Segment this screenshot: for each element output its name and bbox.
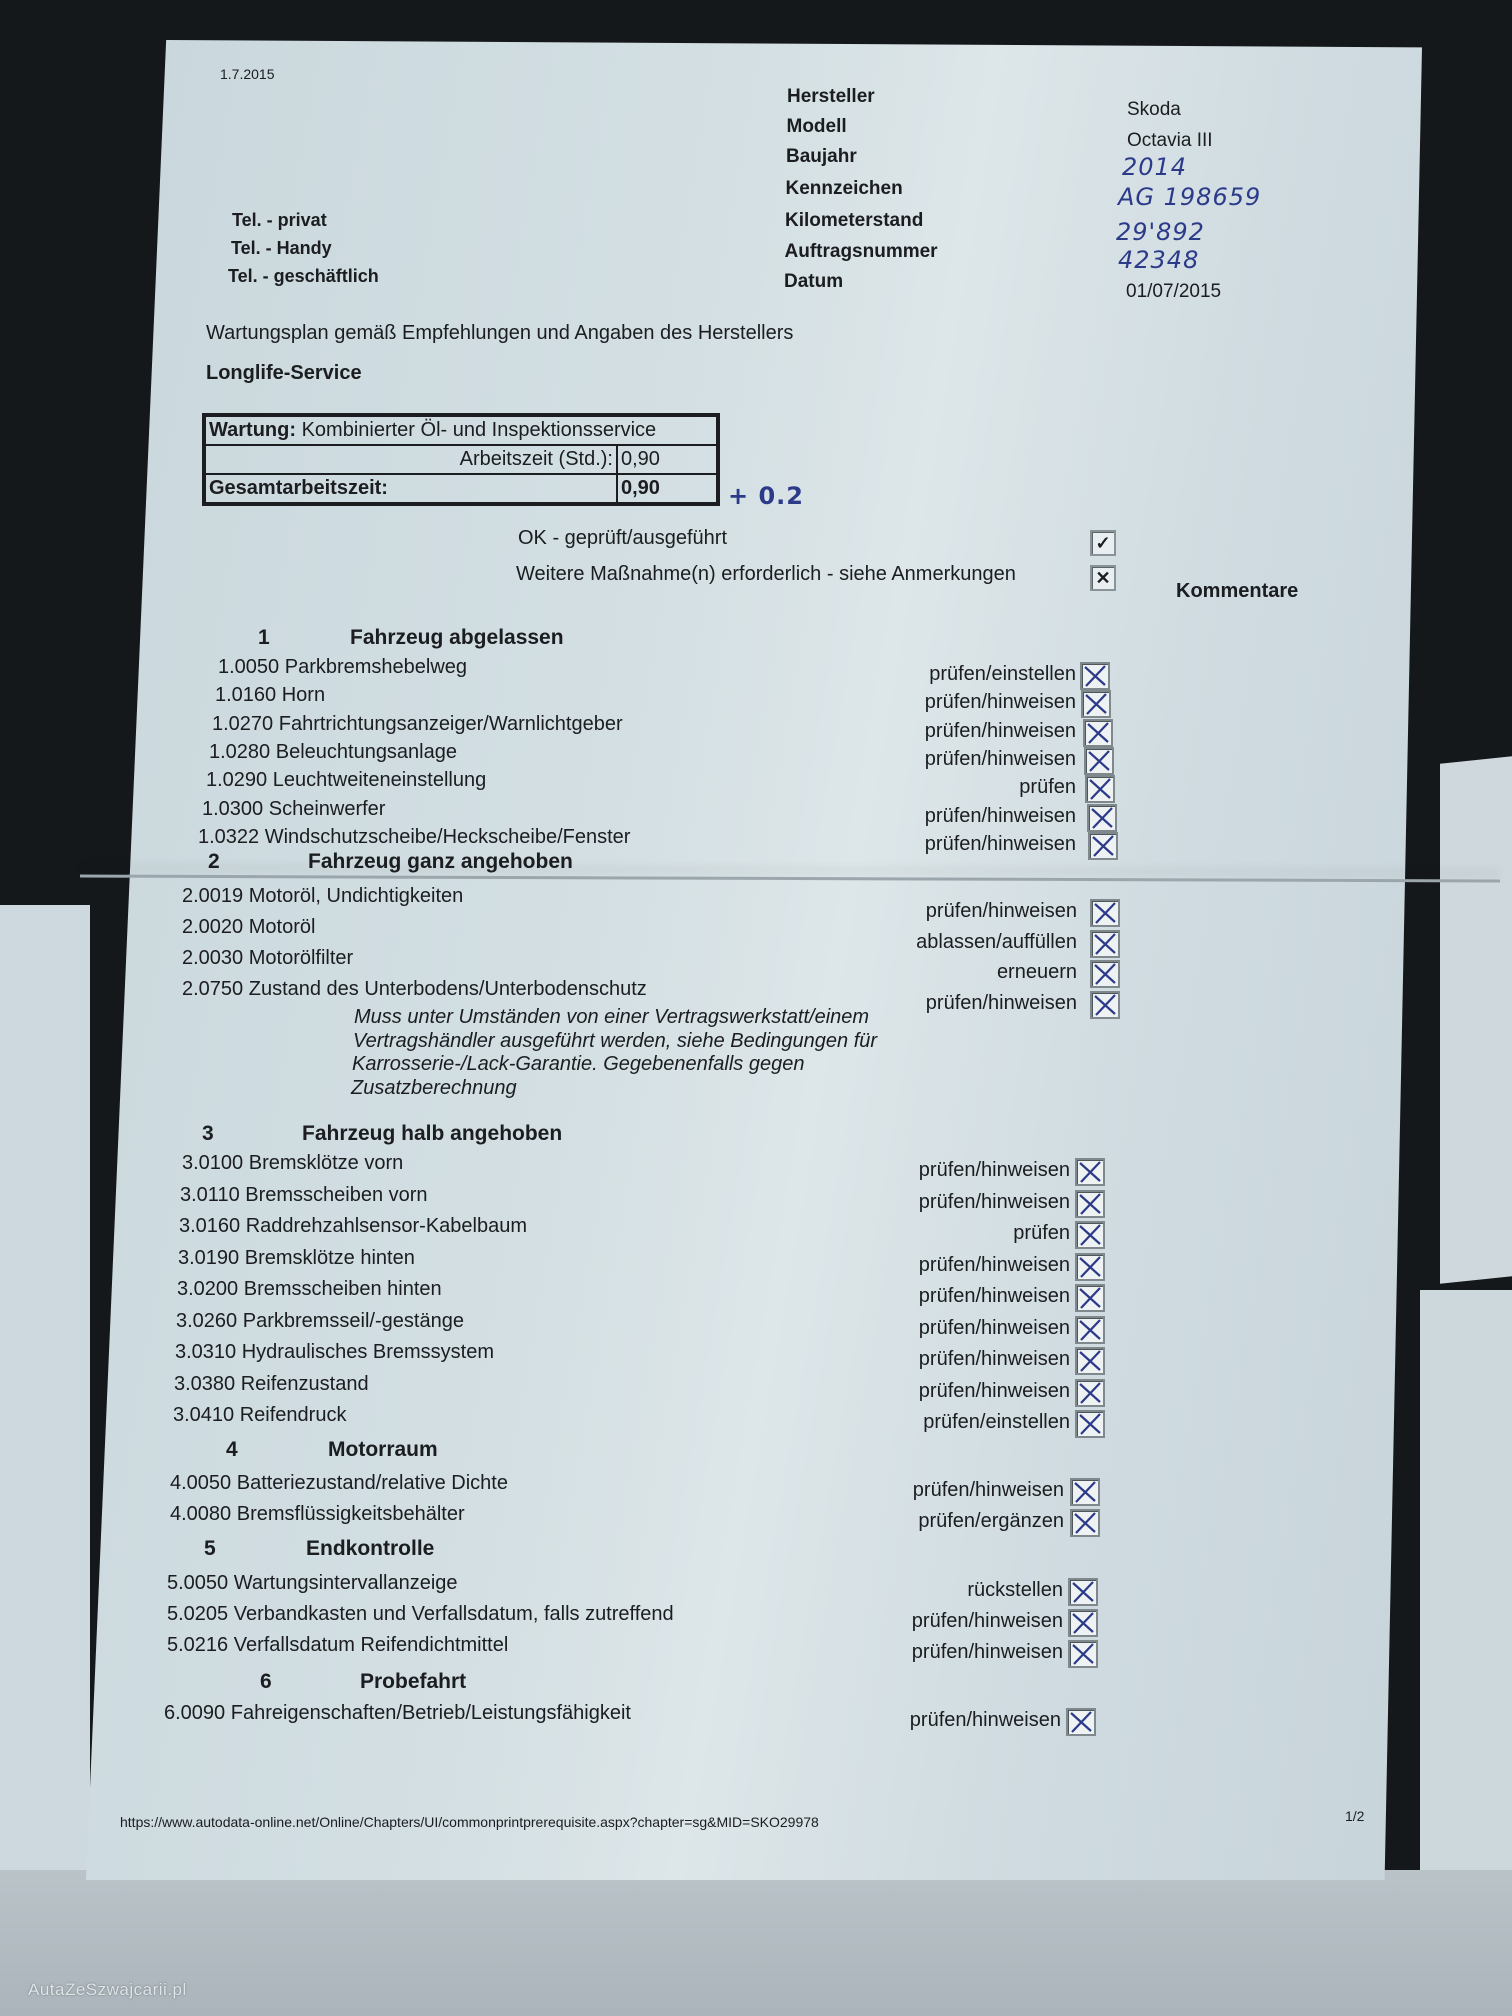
- checkmark-icon: ✓: [1090, 530, 1116, 556]
- item-action: prüfen/hinweisen: [877, 992, 1077, 1015]
- vehicle-field-label: Datum: [784, 271, 843, 293]
- item-checkbox[interactable]: [1066, 1708, 1096, 1736]
- checklist-item: 2.0750 Zustand des Unterbodens/Unterbode…: [182, 978, 647, 1001]
- item-action: rückstellen: [863, 1579, 1063, 1602]
- item-name: Raddrehzahlsensor-Kabelbaum: [246, 1215, 527, 1237]
- item-code: 3.0110: [180, 1184, 240, 1206]
- item-code: 3.0310: [175, 1341, 236, 1363]
- item-action: prüfen: [876, 776, 1076, 799]
- item-action: prüfen/hinweisen: [870, 1317, 1070, 1340]
- item-name: Zustand des Unterbodens/Unterbodenschutz: [249, 978, 647, 1000]
- item-checkbox[interactable]: [1075, 1347, 1105, 1375]
- arbeitszeit-value: 0,90: [617, 445, 718, 474]
- item-name: Beleuchtungsanlage: [276, 741, 457, 763]
- item-checkbox[interactable]: [1075, 1316, 1105, 1344]
- checklist-item: 1.0050 Parkbremshebelweg: [218, 656, 467, 679]
- item-action: prüfen/hinweisen: [870, 1254, 1070, 1277]
- item-code: 3.0100: [182, 1152, 243, 1174]
- section-title: Probefahrt: [360, 1670, 466, 1694]
- checklist-item: 2.0020 Motoröl: [182, 916, 315, 939]
- intro-text: Wartungsplan gemäß Empfehlungen und Anga…: [206, 322, 793, 345]
- checklist-item: 3.0410 Reifendruck: [173, 1404, 346, 1427]
- vehicle-field-label: Modell: [787, 116, 847, 138]
- item-action: prüfen/hinweisen: [870, 1380, 1070, 1403]
- gesamt-label: Gesamtarbeitszeit:: [204, 474, 617, 504]
- handwritten-field-value: AG 198659: [1118, 183, 1261, 211]
- wartung-label: Wartung:: [209, 419, 296, 441]
- item-action: prüfen/hinweisen: [876, 748, 1076, 771]
- item-action: prüfen/hinweisen: [870, 1191, 1070, 1214]
- item-checkbox[interactable]: [1075, 1410, 1105, 1438]
- handwritten-field-value: 42348: [1118, 246, 1199, 274]
- item-name: Leuchtweiteneinstellung: [273, 769, 487, 791]
- tel-mobile-label: Tel. - Handy: [231, 238, 332, 259]
- item-checkbox[interactable]: [1070, 1478, 1100, 1506]
- item-name: Bremsklötze hinten: [245, 1247, 415, 1269]
- section-title: Fahrzeug ganz angehoben: [308, 850, 573, 874]
- vehicle-field-value: Skoda: [1127, 99, 1181, 121]
- item-name: Verfallsdatum Reifendichtmittel: [234, 1634, 509, 1656]
- section-title: Fahrzeug abgelassen: [350, 626, 564, 650]
- item-code: 2.0019: [182, 885, 243, 907]
- checklist-item: 3.0190 Bremsklötze hinten: [178, 1247, 415, 1270]
- item-name: Bremsscheiben vorn: [245, 1184, 427, 1206]
- item-name: Motoröl: [249, 916, 316, 938]
- legend-ok-label: OK - geprüft/ausgeführt: [518, 527, 727, 550]
- handwritten-field-value: 2014: [1122, 153, 1187, 181]
- item-checkbox[interactable]: [1068, 1578, 1098, 1606]
- section-title: Endkontrolle: [306, 1537, 434, 1561]
- section-number: 5: [204, 1537, 216, 1561]
- item-code: 5.0205: [167, 1603, 228, 1625]
- item-checkbox[interactable]: [1081, 690, 1111, 718]
- item-code: 4.0050: [170, 1472, 231, 1494]
- item-code: 1.0160: [215, 684, 276, 706]
- item-action: prüfen/hinweisen: [861, 1709, 1061, 1732]
- item-action: prüfen/hinweisen: [876, 833, 1076, 856]
- sheet-content: 1.7.2015 Tel. - privat Tel. - Handy Tel.…: [0, 0, 1512, 2016]
- checklist-item: 1.0300 Scheinwerfer: [202, 798, 385, 821]
- item-name: Scheinwerfer: [269, 798, 386, 820]
- item-checkbox[interactable]: [1090, 960, 1120, 988]
- item-code: 1.0290: [206, 769, 267, 791]
- checklist-item: 4.0080 Bremsflüssigkeitsbehälter: [170, 1503, 465, 1526]
- legend-ok-checkbox: ✓: [1090, 530, 1116, 556]
- checklist-item: 3.0260 Parkbremsseil/-gestänge: [176, 1310, 464, 1333]
- item-action: prüfen/hinweisen: [863, 1610, 1063, 1633]
- legend-action-label: Weitere Maßnahme(n) erforderlich - siehe…: [516, 563, 1016, 586]
- item-name: Motorölfilter: [249, 947, 353, 969]
- item-code: 3.0200: [177, 1278, 238, 1300]
- item-action: prüfen/hinweisen: [877, 900, 1077, 923]
- item-code: 3.0260: [176, 1310, 237, 1332]
- vehicle-field-value: 01/07/2015: [1126, 281, 1221, 303]
- section-note-line: Muss unter Umständen von einer Vertragsw…: [354, 1005, 869, 1029]
- checklist-item: 3.0380 Reifenzustand: [174, 1373, 369, 1396]
- item-action: prüfen/hinweisen: [876, 691, 1076, 714]
- section-number: 3: [202, 1122, 214, 1146]
- item-name: Motoröl, Undichtigkeiten: [249, 885, 464, 907]
- wartung-cell: Wartung: Kombinierter Öl- und Inspektion…: [204, 415, 718, 445]
- item-code: 3.0160: [179, 1215, 240, 1237]
- item-checkbox[interactable]: [1070, 1509, 1100, 1537]
- checklist-item: 1.0280 Beleuchtungsanlage: [209, 741, 457, 764]
- item-name: Reifenzustand: [241, 1373, 369, 1395]
- item-checkbox[interactable]: [1090, 991, 1120, 1019]
- item-name: Bremsklötze vorn: [249, 1152, 404, 1174]
- cross-icon: ✕: [1090, 565, 1116, 591]
- item-name: Parkbremsseil/-gestänge: [243, 1310, 464, 1332]
- item-code: 1.0050: [218, 656, 279, 678]
- item-action: prüfen/einstellen: [870, 1411, 1070, 1434]
- print-date: 1.7.2015: [220, 66, 275, 82]
- checklist-item: 5.0050 Wartungsintervallanzeige: [167, 1572, 458, 1595]
- checklist-item: 3.0310 Hydraulisches Bremssystem: [175, 1341, 494, 1364]
- gesamt-value: 0,90: [617, 474, 718, 504]
- item-action: prüfen/hinweisen: [870, 1285, 1070, 1308]
- item-code: 5.0216: [167, 1634, 228, 1656]
- service-title: Longlife-Service: [206, 362, 362, 385]
- section-title: Motorraum: [328, 1438, 438, 1462]
- item-code: 1.0322: [198, 826, 259, 848]
- section-number: 2: [208, 850, 220, 874]
- wartung-value: Kombinierter Öl- und Inspektionsservice: [302, 419, 657, 441]
- item-checkbox[interactable]: [1088, 832, 1118, 860]
- item-checkbox[interactable]: [1090, 930, 1120, 958]
- checklist-item: 1.0160 Horn: [215, 684, 325, 707]
- item-name: Bremsflüssigkeitsbehälter: [237, 1503, 465, 1525]
- item-code: 1.0270: [212, 713, 273, 735]
- item-action: prüfen/hinweisen: [863, 1641, 1063, 1664]
- checklist-item: 3.0110 Bremsscheiben vorn: [180, 1184, 428, 1207]
- item-name: Horn: [282, 684, 325, 706]
- item-action: prüfen/hinweisen: [864, 1479, 1064, 1502]
- item-checkbox[interactable]: [1075, 1190, 1105, 1218]
- item-code: 2.0020: [182, 916, 243, 938]
- vehicle-field-label: Hersteller: [787, 86, 875, 108]
- item-code: 3.0410: [173, 1404, 234, 1426]
- item-checkbox[interactable]: [1075, 1221, 1105, 1249]
- item-checkbox[interactable]: [1085, 775, 1115, 803]
- handwritten-field-value: 29'892: [1116, 218, 1205, 246]
- item-checkbox[interactable]: [1083, 719, 1113, 747]
- vehicle-field-label: Kilometerstand: [785, 210, 923, 232]
- item-checkbox[interactable]: [1068, 1640, 1098, 1668]
- item-action: ablassen/auffüllen: [877, 931, 1077, 954]
- page-number: 1/2: [1345, 1808, 1364, 1824]
- item-action: prüfen/hinweisen: [876, 805, 1076, 828]
- item-code: 2.0030: [182, 947, 243, 969]
- item-name: Wartungsintervallanzeige: [234, 1572, 458, 1594]
- service-table: Wartung: Kombinierter Öl- und Inspektion…: [202, 413, 720, 506]
- checklist-item: 5.0216 Verfallsdatum Reifendichtmittel: [167, 1634, 508, 1657]
- item-checkbox[interactable]: [1075, 1284, 1105, 1312]
- item-code: 1.0280: [209, 741, 270, 763]
- checklist-item: 3.0160 Raddrehzahlsensor-Kabelbaum: [179, 1215, 527, 1238]
- legend-action-checkbox: ✕: [1090, 565, 1116, 591]
- tel-business-label: Tel. - geschäftlich: [228, 266, 379, 287]
- item-name: Verbandkasten und Verfallsdatum, falls z…: [234, 1603, 674, 1625]
- section-number: 4: [226, 1438, 238, 1462]
- item-action: prüfen/hinweisen: [870, 1159, 1070, 1182]
- section-note-line: Karrosserie-/Lack-Garantie. Gegebenenfal…: [352, 1052, 804, 1076]
- item-action: prüfen/einstellen: [876, 663, 1076, 686]
- checklist-item: 2.0030 Motorölfilter: [182, 947, 353, 970]
- item-code: 3.0380: [174, 1373, 235, 1395]
- item-name: Fahreigenschaften/Betrieb/Leistungsfähig…: [231, 1702, 631, 1724]
- footer-url: https://www.autodata-online.net/Online/C…: [120, 1814, 819, 1830]
- checklist-item: 5.0205 Verbandkasten und Verfallsdatum, …: [167, 1603, 674, 1626]
- item-checkbox[interactable]: [1075, 1158, 1105, 1186]
- item-code: 1.0300: [202, 798, 263, 820]
- arbeitszeit-label: Arbeitszeit (Std.):: [204, 445, 617, 474]
- section-number: 6: [260, 1670, 272, 1694]
- vehicle-field-value: Octavia III: [1127, 130, 1213, 152]
- item-name: Batteriezustand/relative Dichte: [237, 1472, 508, 1494]
- item-name: Bremsscheiben hinten: [244, 1278, 442, 1300]
- item-checkbox[interactable]: [1090, 899, 1120, 927]
- checklist-item: 1.0270 Fahrtrichtungsanzeiger/Warnlichtg…: [212, 713, 623, 736]
- item-checkbox[interactable]: [1068, 1609, 1098, 1637]
- handwritten-plus-note: + 0.2: [728, 482, 804, 510]
- item-code: 4.0080: [170, 1503, 231, 1525]
- item-name: Fahrtrichtungsanzeiger/Warnlichtgeber: [279, 713, 623, 735]
- vehicle-field-label: Baujahr: [786, 146, 857, 168]
- checklist-item: 4.0050 Batteriezustand/relative Dichte: [170, 1472, 508, 1495]
- vehicle-field-label: Auftragsnummer: [785, 241, 938, 263]
- section-note-line: Vertragshändler ausgeführt werden, siehe…: [353, 1029, 877, 1053]
- item-name: Windschutzscheibe/Heckscheibe/Fenster: [265, 826, 631, 848]
- item-action: prüfen/ergänzen: [864, 1510, 1064, 1533]
- section-title: Fahrzeug halb angehoben: [302, 1122, 562, 1146]
- item-action: erneuern: [877, 961, 1077, 984]
- checklist-item: 1.0290 Leuchtweiteneinstellung: [206, 769, 486, 792]
- item-name: Parkbremshebelweg: [285, 656, 467, 678]
- item-checkbox[interactable]: [1084, 747, 1114, 775]
- checklist-item: 1.0322 Windschutzscheibe/Heckscheibe/Fen…: [198, 826, 630, 849]
- tel-private-label: Tel. - privat: [232, 210, 327, 231]
- item-code: 6.0090: [164, 1702, 225, 1724]
- item-code: 5.0050: [167, 1572, 228, 1594]
- comments-header: Kommentare: [1176, 580, 1298, 603]
- item-name: Reifendruck: [240, 1404, 347, 1426]
- item-checkbox[interactable]: [1080, 662, 1110, 690]
- item-checkbox[interactable]: [1075, 1253, 1105, 1281]
- item-action: prüfen/hinweisen: [876, 720, 1076, 743]
- item-action: prüfen: [870, 1222, 1070, 1245]
- item-checkbox[interactable]: [1087, 804, 1117, 832]
- vehicle-field-label: Kennzeichen: [786, 178, 903, 200]
- item-action: prüfen/hinweisen: [870, 1348, 1070, 1371]
- checklist-item: 2.0019 Motoröl, Undichtigkeiten: [182, 885, 463, 908]
- section-note-line: Zusatzberechnung: [351, 1076, 517, 1100]
- item-code: 2.0750: [182, 978, 243, 1000]
- item-checkbox[interactable]: [1075, 1379, 1105, 1407]
- checklist-item: 6.0090 Fahreigenschaften/Betrieb/Leistun…: [164, 1702, 631, 1725]
- item-name: Hydraulisches Bremssystem: [242, 1341, 494, 1363]
- item-code: 3.0190: [178, 1247, 239, 1269]
- section-number: 1: [258, 626, 270, 650]
- checklist-item: 3.0100 Bremsklötze vorn: [182, 1152, 403, 1175]
- checklist-item: 3.0200 Bremsscheiben hinten: [177, 1278, 442, 1301]
